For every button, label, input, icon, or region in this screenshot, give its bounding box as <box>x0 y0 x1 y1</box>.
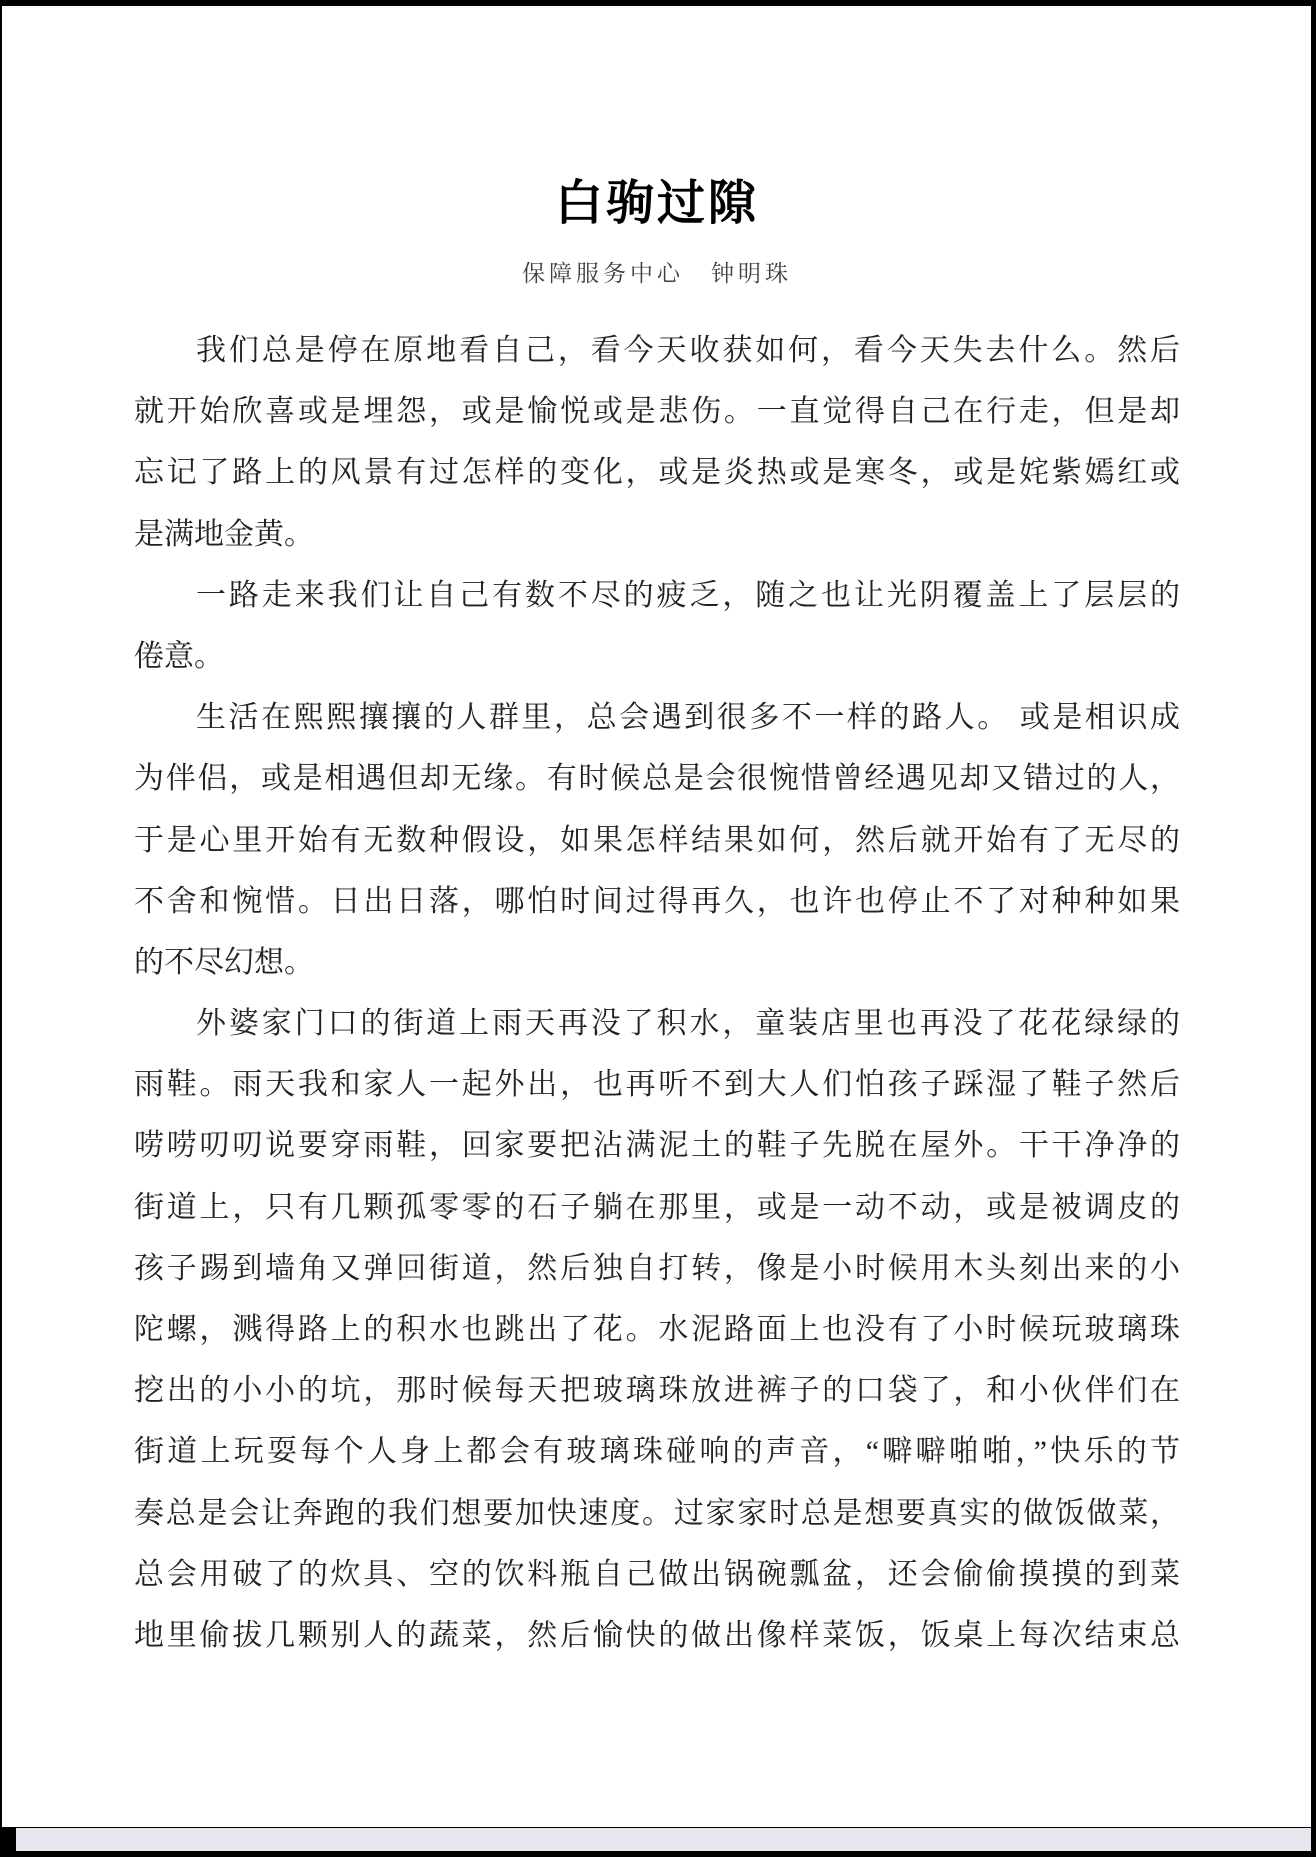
body-line: 街道上玩耍每个人身上都会有玻璃珠碰响的声音，“噼噼啪啪，”快乐的节 <box>134 1421 1180 1482</box>
page-gap-strip <box>16 1828 1311 1851</box>
body-line: 雨鞋。雨天我和家人一起外出，也再听不到大人们怕孩子踩湿了鞋子然后 <box>134 1054 1180 1115</box>
body-line: 就开始欣喜或是埋怨，或是愉悦或是悲伤。一直觉得自己在行走，但是却 <box>134 381 1180 442</box>
body-line: 我们总是停在原地看自己，看今天收获如何，看今天失去什么。然后 <box>134 320 1180 381</box>
body-line: 的不尽幻想。 <box>134 932 1180 993</box>
body-line: 生活在熙熙攘攘的人群里，总会遇到很多不一样的路人。 或是相识成 <box>134 687 1180 748</box>
body-line: 总会用破了的炊具、空的饮料瓶自己做出锅碗瓢盆，还会偷偷摸摸的到菜 <box>134 1544 1180 1605</box>
body-line: 街道上，只有几颗孤零零的石子躺在那里，或是一动不动，或是被调皮的 <box>134 1177 1180 1238</box>
body-line: 一路走来我们让自己有数不尽的疲乏，随之也让光阴覆盖上了层层的 <box>134 565 1180 626</box>
body-line: 为伴侣，或是相遇但却无缘。有时候总是会很惋惜曾经遇见却又错过的人， <box>134 748 1180 809</box>
body-line: 挖出的小小的坑，那时候每天把玻璃珠放进裤子的口袋了，和小伙伴们在 <box>134 1360 1180 1421</box>
body-line: 忘记了路上的风景有过怎样的变化，或是炎热或是寒冬，或是姹紫嫣红或 <box>134 442 1180 503</box>
document-page: 白驹过隙 保障服务中心 钟明珠 我们总是停在原地看自己，看今天收获如何，看今天失… <box>2 6 1311 1827</box>
body-line: 倦意。 <box>134 626 1180 687</box>
body-line: 奏总是会让奔跑的我们想要加快速度。过家家时总是想要真实的做饭做菜， <box>134 1483 1180 1544</box>
body-line: 唠唠叨叨说要穿雨鞋，回家要把沾满泥土的鞋子先脱在屋外。干干净净的 <box>134 1115 1180 1176</box>
body-line: 是满地金黄。 <box>134 504 1180 565</box>
document-viewer-frame: 白驹过隙 保障服务中心 钟明珠 我们总是停在原地看自己，看今天收获如何，看今天失… <box>0 0 1316 1857</box>
body-line: 不舍和惋惜。日出日落，哪怕时间过得再久，也许也停止不了对种种如果 <box>134 871 1180 932</box>
body-line: 地里偷拔几颗别人的蔬菜，然后愉快的做出像样菜饭，饭桌上每次结束总 <box>134 1605 1180 1666</box>
essay-body: 我们总是停在原地看自己，看今天收获如何，看今天失去什么。然后就开始欣喜或是埋怨，… <box>134 320 1180 1666</box>
essay-title: 白驹过隙 <box>134 172 1180 236</box>
body-line: 外婆家门口的街道上雨天再没了积水，童装店里也再没了花花绿绿的 <box>134 993 1180 1054</box>
body-line: 陀螺，溅得路上的积水也跳出了花。水泥路面上也没有了小时候玩玻璃珠 <box>134 1299 1180 1360</box>
page-content: 白驹过隙 保障服务中心 钟明珠 我们总是停在原地看自己，看今天收获如何，看今天失… <box>134 6 1180 1666</box>
essay-byline: 保障服务中心 钟明珠 <box>134 258 1180 290</box>
body-line: 孩子踢到墙角又弹回街道，然后独自打转，像是小时候用木头刻出来的小 <box>134 1238 1180 1299</box>
body-line: 于是心里开始有无数种假设，如果怎样结果如何，然后就开始有了无尽的 <box>134 810 1180 871</box>
